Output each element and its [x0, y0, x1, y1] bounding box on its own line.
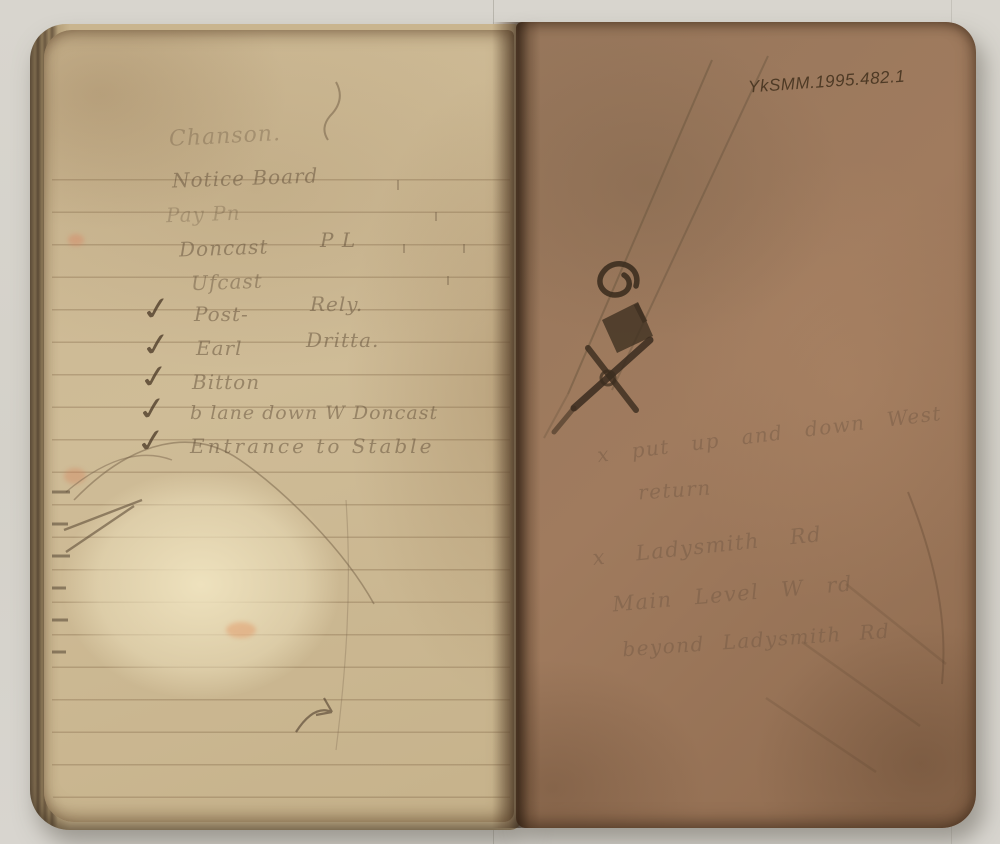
left-page: Chanson. Notice Board Pay Pn Doncast P L… [44, 30, 514, 822]
notebook-photo: Chanson. Notice Board Pay Pn Doncast P L… [0, 0, 1000, 844]
photo-background: Chanson. Notice Board Pay Pn Doncast P L… [0, 0, 1000, 844]
pencil-doodle-sketch [516, 22, 976, 828]
spine-gutter-shadow [492, 22, 540, 828]
right-page-inside-cover: YkSMM.1995.482.1 x put up and down West … [516, 22, 976, 828]
pencil-marks-sketch [44, 30, 514, 822]
